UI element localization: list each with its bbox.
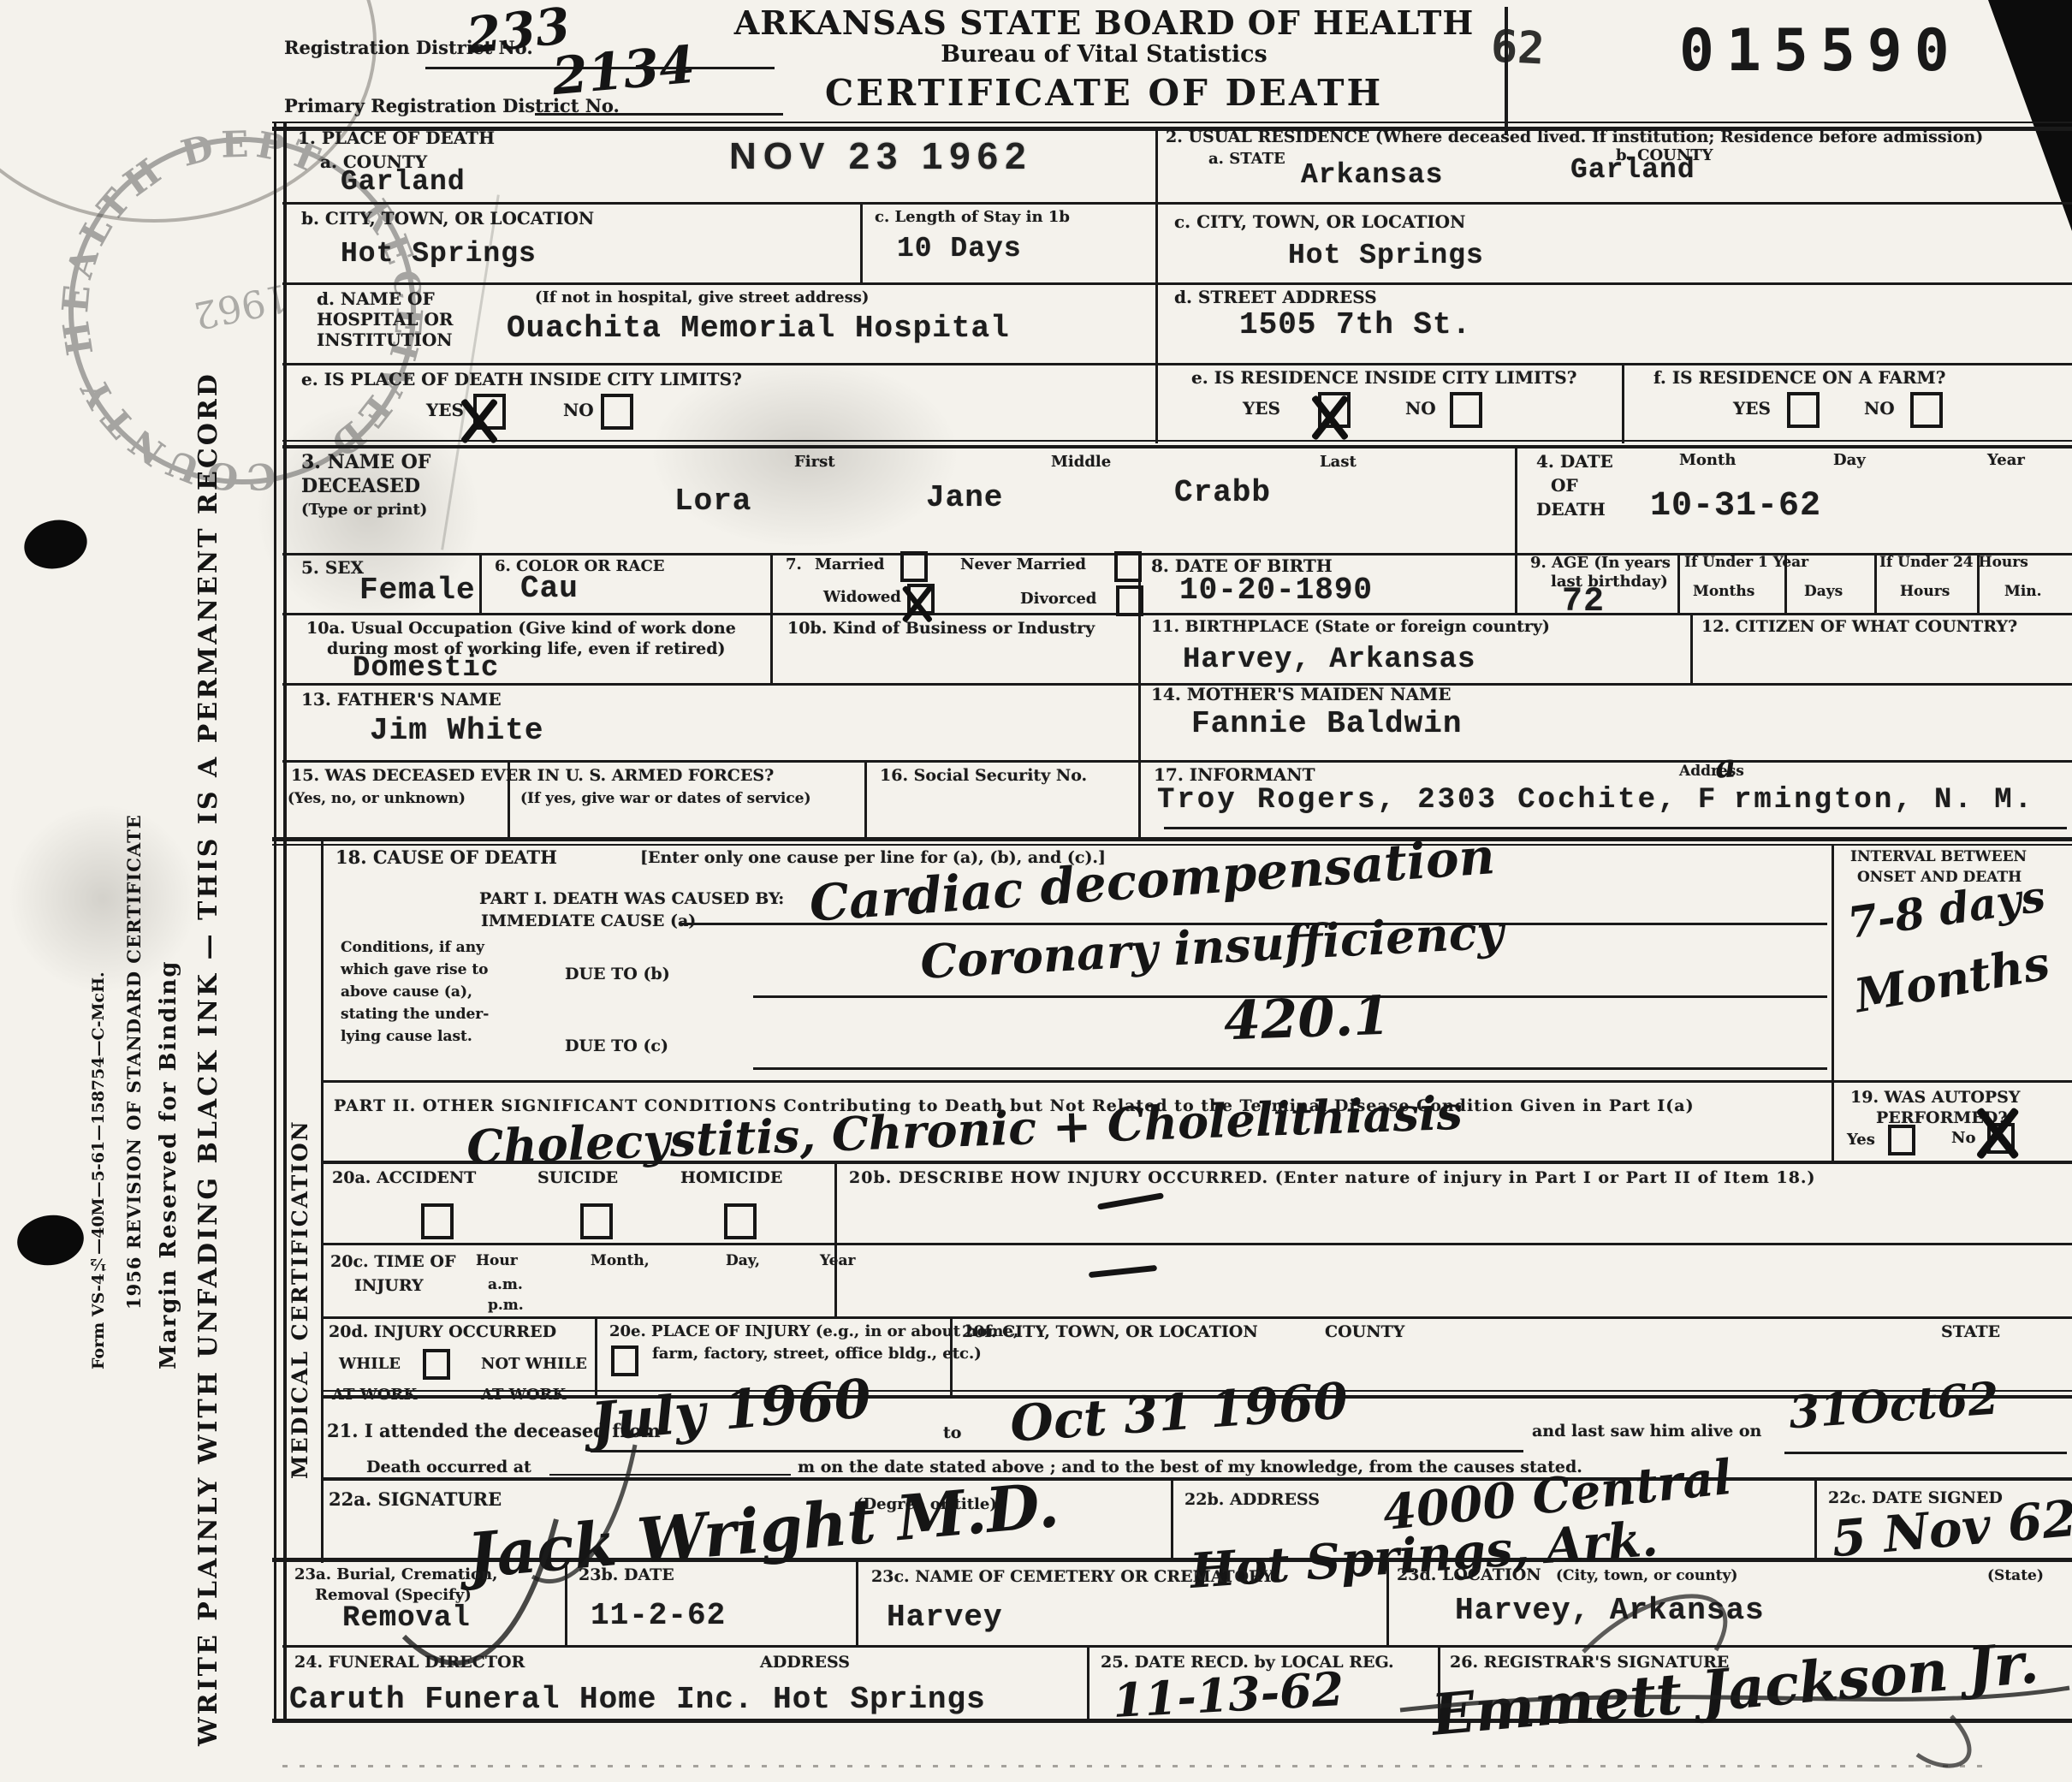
- field-2e-label: e. IS RESIDENCE INSIDE CITY LIMITS?: [1191, 368, 1576, 388]
- checkbox-20a-accident: [421, 1203, 454, 1239]
- field-21-from-value: July 1960: [589, 1375, 873, 1446]
- rule: [1515, 553, 1517, 613]
- checkbox-1e-no: [601, 394, 633, 430]
- rule: [834, 1161, 837, 1316]
- rule: [1515, 445, 1517, 553]
- field-9-months-label: Months: [1693, 584, 1754, 601]
- checkmark-7-widowed: [898, 585, 935, 622]
- scan-corner-shadow: [1952, 0, 2072, 231]
- margin-revision: 1956 REVISION OF STANDARD CERTIFICATE: [123, 710, 145, 1310]
- checkmark-2e-yes: [1306, 394, 1352, 440]
- field-3-label: DECEASED: [301, 476, 420, 497]
- serial-prefix: 62: [1489, 21, 1546, 74]
- field-20d-atwork-label: AT WORK: [332, 1387, 417, 1405]
- field-23c-value: Harvey: [887, 1602, 1003, 1633]
- checkbox-20d-not-while: [611, 1345, 638, 1376]
- field-23d-label: 23d. LOCATION: [1397, 1566, 1541, 1585]
- field-5-label: 5. SEX: [301, 558, 364, 578]
- punch-hole: [20, 514, 92, 574]
- header-block: ARKANSAS STATE BOARD OF HEALTH Bureau of…: [727, 5, 1481, 116]
- checkmark-1e-yes: [455, 397, 502, 443]
- field-18-label: 18. CAUSE OF DEATH: [335, 847, 557, 868]
- field-21-last-label: and last saw him alive on: [1532, 1423, 1761, 1441]
- field-7-widowed-label: Widowed: [823, 589, 901, 607]
- field-17-caret-insert: a: [1714, 751, 1737, 781]
- field-20f-county-label: COUNTY: [1325, 1323, 1404, 1342]
- field-25-value: 11-13-62: [1112, 1668, 1345, 1722]
- field-24-label: 24. FUNERAL DIRECTOR: [294, 1654, 525, 1672]
- field-7-divorced-label: Divorced: [1020, 591, 1096, 609]
- field-17-value: Troy Rogers, 2303 Cochite, F: [1157, 786, 1718, 815]
- rule: [274, 122, 276, 1723]
- checkbox-2f-yes: [1787, 392, 1820, 428]
- rule: [272, 844, 2072, 846]
- field-7-married-label: Married: [815, 556, 884, 574]
- field-3-middle-label: Middle: [1051, 454, 1111, 472]
- field-14-value: Fannie Baldwin: [1191, 709, 1462, 740]
- field-7-never-label: Never Married: [960, 556, 1086, 574]
- interval-b-value: Months: [1852, 941, 2053, 1017]
- field-3-last-label: Last: [1320, 454, 1357, 472]
- field-21-to-label: to: [943, 1424, 961, 1443]
- certificate-title: CERTIFICATE OF DEATH: [727, 72, 1481, 115]
- field-20f-label: 20f. CITY, TOWN, OR LOCATION: [962, 1323, 1258, 1342]
- field-23a-value: Removal: [342, 1604, 471, 1633]
- field-14-label: 14. MOTHER'S MAIDEN NAME: [1151, 685, 1452, 704]
- field-13-value: Jim White: [370, 716, 543, 746]
- rule: [860, 202, 863, 282]
- field-9-hours-label: Hours: [1900, 584, 1950, 601]
- rule: [282, 1645, 2072, 1648]
- field-24-address-label: ADDRESS: [760, 1654, 850, 1672]
- rule: [282, 760, 2072, 763]
- field-9-under1yr-label: If Under 1 Year: [1684, 555, 1808, 572]
- field-15-note1: (Yes, no, or unknown): [288, 791, 466, 808]
- field-3-last-value: Crabb: [1174, 478, 1271, 508]
- part1-label: PART I. DEATH WAS CAUSED BY:: [479, 890, 784, 909]
- field-20a-suicide-label: SUICIDE: [537, 1169, 618, 1188]
- rule: [1087, 1645, 1089, 1719]
- rule: [282, 282, 2072, 285]
- field-2f-no-label: NO: [1864, 399, 1895, 419]
- margin-binding: Margin Reserved for Binding: [156, 633, 181, 1369]
- field-3-note: (Type or print): [301, 502, 427, 520]
- field-16-label: 16. Social Security No.: [880, 767, 1087, 786]
- rule: [1874, 553, 1877, 613]
- conditions-note: which gave rise to: [341, 962, 489, 979]
- field-21-death-occurred: m on the date stated above ; and to the …: [798, 1458, 1582, 1477]
- field-20c-pm-label: p.m.: [488, 1298, 524, 1315]
- field-1e-label: e. IS PLACE OF DEATH INSIDE CITY LIMITS?: [301, 370, 742, 389]
- field-10a-value: Domestic: [353, 654, 499, 683]
- due-to-c-label: DUE TO (c): [565, 1037, 668, 1056]
- field-23a-label: 23a. Burial, Cremation,: [294, 1566, 497, 1584]
- field-9-under24h-label: If Under 24 Hours: [1879, 555, 2028, 572]
- rule: [321, 1316, 2072, 1319]
- field-2a-value: Arkansas: [1301, 161, 1443, 189]
- field-1e-no-label: NO: [563, 401, 594, 420]
- received-date-stamp: NOV 23 1962: [729, 135, 1033, 178]
- cause-b-value: Coronary insufficiency: [919, 911, 1505, 983]
- field-11-label: 11. BIRTHPLACE (State or foreign country…: [1151, 618, 1550, 637]
- checkmark-19-no: [1970, 1106, 2023, 1159]
- rule: [770, 553, 773, 613]
- rule: [1155, 127, 1158, 443]
- rule: [864, 760, 867, 837]
- field-20e-label: 20e. PLACE OF INJURY (e.g., in or about …: [609, 1323, 1018, 1341]
- field-6-value: Cau: [520, 573, 579, 604]
- field-20c-am-label: a.m.: [488, 1277, 523, 1294]
- rule: [282, 613, 2072, 615]
- field-1a-value: Garland: [341, 168, 466, 196]
- serial-number: 015590: [1679, 17, 1962, 85]
- field-1b-value: Hot Springs: [341, 240, 537, 268]
- field-20d-label: 20d. INJURY OCCURRED: [329, 1323, 556, 1342]
- margin-form-number: Form VS-4½—40M—5-61—158754—C-McH.: [89, 890, 108, 1369]
- field-23b-value: 11-2-62: [591, 1601, 726, 1631]
- field-12-label: 12. CITIZEN OF WHAT COUNTRY?: [1701, 618, 2017, 637]
- field-4-label: 4. DATE: [1536, 452, 1613, 472]
- rule: [272, 122, 2072, 123]
- rule: [282, 440, 2072, 442]
- field-23b-label: 23b. DATE: [579, 1566, 674, 1585]
- checkbox-2e-no: [1450, 392, 1482, 428]
- field-1d-label: HOSPITAL OR: [317, 310, 454, 330]
- field-20d-notwhile-label: NOT WHILE: [481, 1356, 587, 1374]
- conditions-note: above cause (a),: [341, 984, 472, 1001]
- field-1b-label: b. CITY, TOWN, OR LOCATION: [301, 209, 594, 229]
- field-3-middle-value: Jane: [926, 483, 1003, 514]
- rule: [753, 1067, 1827, 1070]
- field-2f-yes-label: YES: [1733, 399, 1771, 419]
- field-4-label: DEATH: [1536, 500, 1606, 520]
- rule: [272, 837, 2072, 841]
- scan-bottom-noise: [282, 1765, 1994, 1767]
- field-11-value: Harvey, Arkansas: [1183, 645, 1475, 674]
- checkbox-20a-homicide: [724, 1203, 757, 1239]
- field-9-min-label: Min.: [2004, 584, 2042, 601]
- rule: [282, 445, 2072, 448]
- field-1d-label: INSTITUTION: [317, 330, 453, 350]
- field-20c-label: INJURY: [354, 1277, 424, 1296]
- field-1d-note: (If not in hospital, give street address…: [535, 289, 869, 307]
- field-19-label: 19. WAS AUTOPSY: [1850, 1089, 2020, 1108]
- field-21-death-occurred: Death occurred at: [366, 1458, 531, 1477]
- interval-a-value: 7-8 days: [1845, 876, 2047, 942]
- conditions-note: stating the under-: [341, 1007, 489, 1024]
- rule: [1171, 1477, 1173, 1558]
- primary-registration-district-value: 2134: [550, 42, 697, 100]
- rule: [321, 1477, 2072, 1481]
- rule: [321, 1243, 2072, 1245]
- field-10b-label: 10b. Kind of Business or Industry: [787, 620, 1095, 639]
- field-2-title: 2. USUAL RESIDENCE (Where deceased lived…: [1166, 128, 1983, 147]
- field-4-month-label: Month: [1679, 452, 1736, 470]
- field-3-first-label: First: [794, 454, 835, 472]
- checkbox-7-married: [900, 551, 928, 582]
- rule: [1832, 844, 1834, 1161]
- field-8-value: 10-20-1890: [1179, 575, 1373, 606]
- field-4-label: OF: [1551, 476, 1578, 496]
- death-certificate-scan: COUNTY HEALTH DEPT · RECEIVED · 1962 WRI…: [0, 0, 2072, 1782]
- rule: [770, 613, 773, 683]
- field-1c-label: c. Length of Stay in 1b: [875, 209, 1070, 227]
- rule: [591, 1450, 1001, 1452]
- field-2f-label: f. IS RESIDENCE ON A FARM?: [1653, 368, 1945, 388]
- handwritten-dash: [1089, 1265, 1157, 1278]
- rule: [479, 553, 482, 613]
- rule: [282, 202, 2072, 205]
- rule: [1164, 827, 2067, 829]
- field-20c-month-label: Month,: [591, 1253, 650, 1270]
- rule: [1677, 553, 1680, 613]
- part1-immediate-cause-label: IMMEDIATE CAUSE (a): [481, 912, 696, 931]
- field-15-note2: (If yes, give war or dates of service): [520, 791, 811, 808]
- rule: [321, 837, 324, 1563]
- field-19-yes-label: Yes: [1847, 1132, 1875, 1149]
- field-2d-value: 1505 7th St.: [1239, 310, 1471, 341]
- field-1d-value: Ouachita Memorial Hospital: [507, 313, 1010, 344]
- field-17-label: 17. INFORMANT: [1154, 765, 1315, 785]
- field-2c-value: Hot Springs: [1288, 241, 1484, 270]
- field-1-title: 1. PLACE OF DEATH: [298, 128, 495, 148]
- margin-permanent-record: WRITE PLAINLY WITH UNFADING BLACK INK — …: [193, 325, 223, 1746]
- field-7-label: 7.: [786, 556, 802, 574]
- field-20b-label: 20b. DESCRIBE HOW INJURY OCCURRED. (Ente…: [849, 1169, 1816, 1188]
- field-24-value: Caruth Funeral Home Inc. Hot Springs: [289, 1684, 986, 1715]
- bureau-subtitle: Bureau of Vital Statistics: [727, 41, 1481, 68]
- field-1d-label: d. NAME OF: [317, 289, 435, 309]
- field-20a-label: 20a. ACCIDENT: [332, 1169, 476, 1188]
- interval-header: INTERVAL BETWEEN: [1850, 849, 2027, 866]
- field-23d-value: Harvey, Arkansas: [1455, 1595, 1765, 1626]
- punch-hole: [14, 1211, 86, 1269]
- rule: [1690, 613, 1693, 683]
- field-4-year-label: Year: [1987, 452, 2025, 470]
- field-1c-value: 10 Days: [897, 235, 1022, 263]
- field-2e-yes-label: YES: [1243, 399, 1280, 419]
- field-22b-label: 22b. ADDRESS: [1184, 1491, 1320, 1510]
- cause-c-value: 420.1: [1223, 992, 1391, 1046]
- rule: [976, 1450, 1523, 1452]
- field-17-value: rmington, N. M.: [1734, 786, 2034, 815]
- field-3-first-value: Lora: [674, 486, 751, 517]
- field-20d-while-label: WHILE: [339, 1356, 401, 1374]
- field-5-value: Female: [359, 575, 476, 606]
- margin-medical-certification: MEDICAL CERTIFICATION: [288, 923, 312, 1479]
- field-2b-value: Garland: [1570, 156, 1695, 184]
- field-21-last-value: 31Oct62: [1788, 1379, 2000, 1434]
- field-20f-state-label: STATE: [1941, 1323, 2000, 1342]
- field-2e-no-label: NO: [1405, 399, 1436, 419]
- flourish-stroke: [1917, 1716, 1969, 1766]
- rule: [595, 1316, 597, 1395]
- field-9-label: 9. AGE (In years: [1530, 555, 1671, 573]
- field-10a-label: 10a. Usual Occupation (Give kind of work…: [306, 620, 736, 639]
- field-20c-label: 20c. TIME OF: [330, 1253, 455, 1272]
- rule: [1814, 1477, 1817, 1558]
- field-13-label: 13. FATHER'S NAME: [301, 690, 502, 710]
- field-20e-label: farm, factory, street, office bldg., etc…: [652, 1345, 982, 1363]
- checkbox-19-yes: [1888, 1125, 1915, 1155]
- checkbox-20d-while: [423, 1349, 450, 1380]
- field-15-label: 15. WAS DECEASED EVER IN U. S. ARMED FOR…: [291, 767, 774, 786]
- checkbox-2f-no: [1910, 392, 1943, 428]
- field-23d-note2: (State): [1987, 1568, 2044, 1585]
- field-22a-label: 22a. SIGNATURE: [329, 1489, 502, 1510]
- field-20a-homicide-label: HOMICIDE: [680, 1169, 782, 1188]
- field-9-days-label: Days: [1804, 584, 1843, 601]
- field-2d-label: d. STREET ADDRESS: [1174, 288, 1377, 307]
- field-3-label: 3. NAME OF: [301, 452, 430, 473]
- rule: [283, 122, 287, 1723]
- conditions-note: Conditions, if any: [341, 940, 484, 957]
- field-9-value: 72: [1562, 585, 1605, 620]
- field-4-day-label: Day: [1833, 452, 1866, 470]
- field-2a-label: a. STATE: [1208, 151, 1285, 169]
- rule: [856, 1558, 858, 1645]
- rule: [1784, 1452, 2067, 1454]
- rule: [549, 1474, 791, 1476]
- handwritten-dash: [1097, 1192, 1164, 1209]
- field-23d-note1: (City, town, or county): [1556, 1568, 1737, 1585]
- board-title: ARKANSAS STATE BOARD OF HEALTH: [727, 5, 1481, 41]
- rule: [282, 363, 2072, 365]
- due-to-b-label: DUE TO (b): [565, 965, 670, 984]
- field-23c-label: 23c. NAME OF CEMETERY OR CREMATORY: [871, 1568, 1273, 1587]
- conditions-note: lying cause last.: [341, 1029, 472, 1046]
- fold-mark: [1505, 7, 1508, 135]
- field-20c-hour-label: Hour: [476, 1253, 518, 1270]
- checkbox-7-divorced: [1116, 585, 1143, 616]
- field-20d-atwork-label: AT WORK: [481, 1387, 566, 1405]
- field-4-value: 10-31-62: [1650, 490, 1821, 524]
- rule: [1622, 363, 1624, 443]
- field-20c-day-label: Day,: [726, 1253, 760, 1270]
- field-2c-label: c. CITY, TOWN, OR LOCATION: [1174, 212, 1465, 232]
- field-20c-year-label: Year: [820, 1253, 855, 1270]
- checkbox-7-never-married: [1114, 551, 1142, 582]
- rule: [321, 1080, 2072, 1083]
- field-21-to-value: Oct 31 1960: [1009, 1378, 1350, 1446]
- checkbox-20a-suicide: [580, 1203, 613, 1239]
